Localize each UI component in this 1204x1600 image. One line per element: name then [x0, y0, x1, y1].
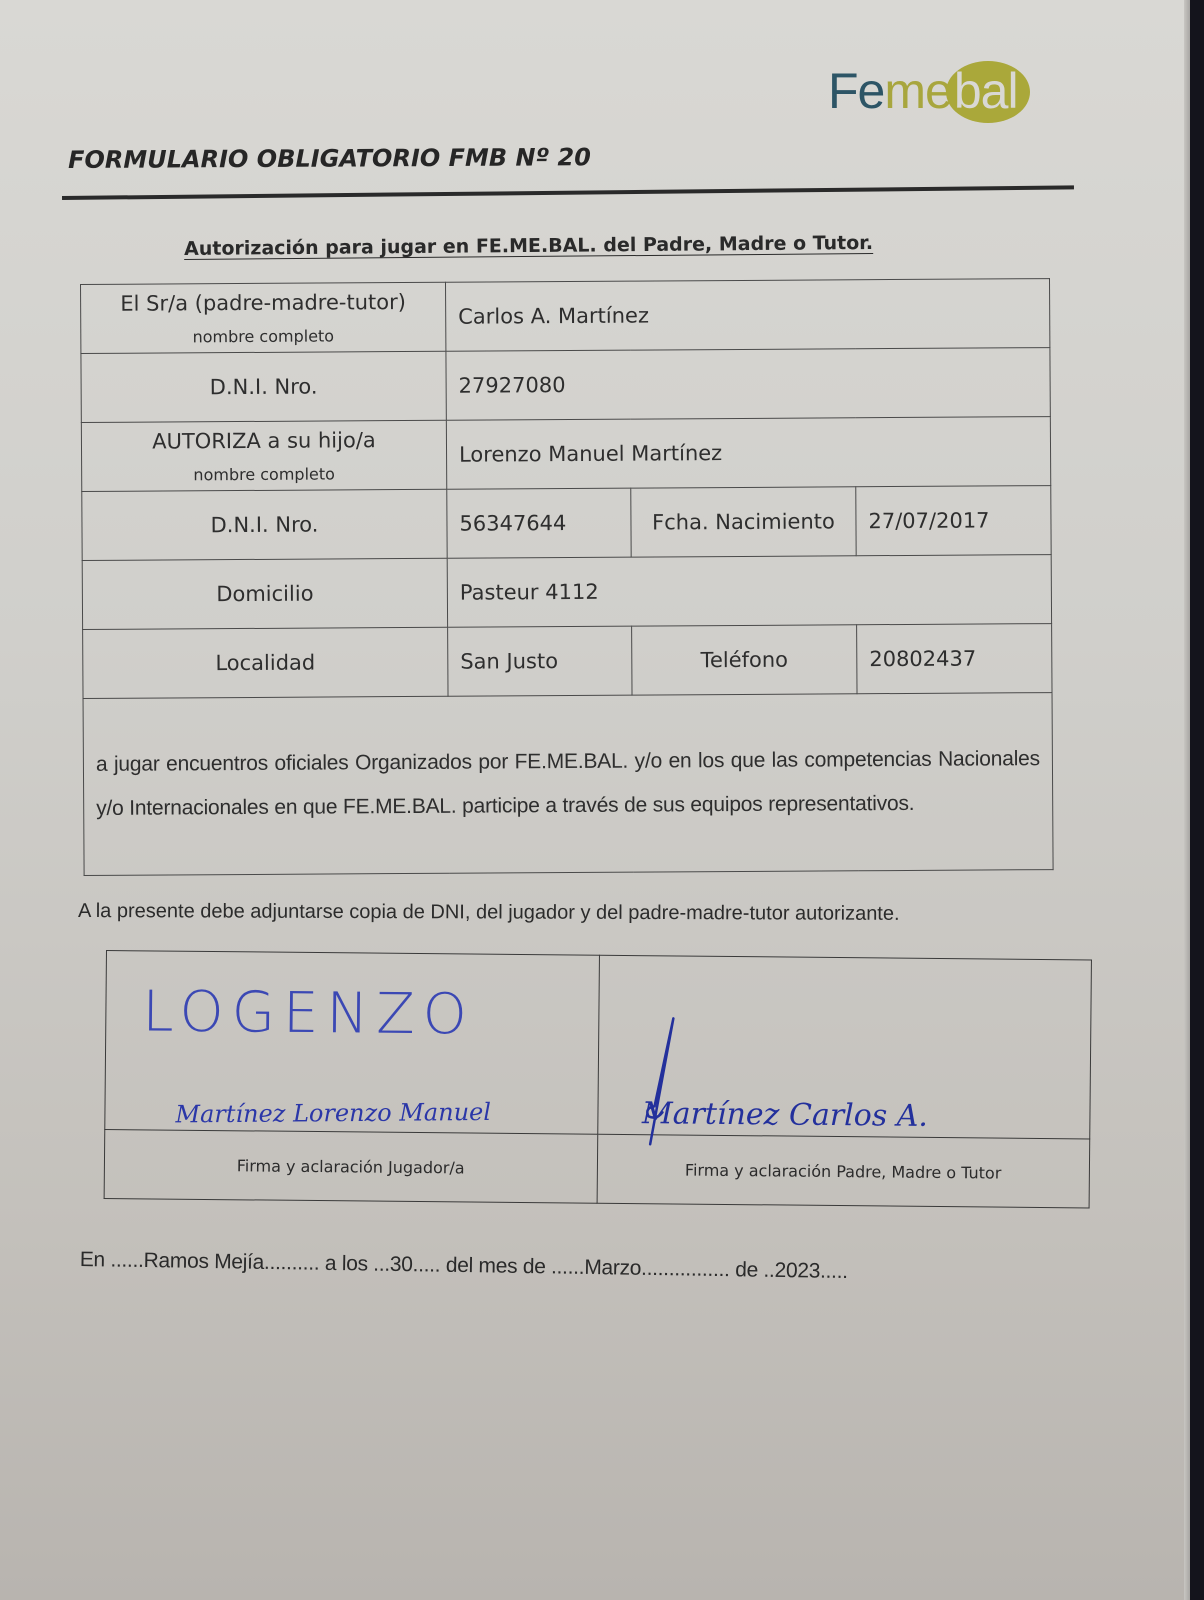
address-label: Domicilio	[82, 558, 447, 629]
table-row: LOGENZO Martínez Lorenzo Manuel Martínez…	[105, 951, 1092, 1139]
guardian-name-sublabel: nombre completo	[93, 325, 433, 346]
paper-sheet: Femebal FORMULARIO OBLIGATORIO FMB Nº 20…	[0, 0, 1190, 1600]
guardian-label-text: El Sr/a (padre-madre-tutor)	[120, 290, 406, 316]
guardian-dni-label: D.N.I. Nro.	[81, 351, 446, 422]
locality-field[interactable]: San Justo	[448, 626, 632, 696]
child-name-label: AUTORIZA a su hijo/a nombre completo	[81, 420, 446, 491]
logo-ball-badge: bal	[946, 61, 1030, 123]
birthdate-label: Fcha. Nacimiento	[631, 487, 856, 557]
phone-label: Teléfono	[632, 625, 857, 695]
place-date-line: En ......Ramos Mejía.......... a los ...…	[80, 1248, 848, 1284]
player-signature-box[interactable]: LOGENZO Martínez Lorenzo Manuel	[105, 951, 599, 1135]
table-row: D.N.I. Nro. 27927080	[81, 348, 1050, 423]
birthdate-field[interactable]: 27/07/2017	[856, 486, 1051, 556]
logo-text-bal: bal	[954, 63, 1018, 119]
parent-handwritten-signature: Martínez Carlos A.	[642, 1096, 928, 1134]
parent-signature-box[interactable]: Martínez Carlos A.	[597, 955, 1091, 1139]
form-subtitle: Autorización para jugar en FE.ME.BAL. de…	[184, 232, 873, 260]
child-label-text: AUTORIZA a su hijo/a	[152, 428, 376, 453]
address-field[interactable]: Pasteur 4112	[447, 555, 1051, 628]
player-handwritten-clarification: Martínez Lorenzo Manuel	[175, 1098, 491, 1128]
child-name-field[interactable]: Lorenzo Manuel Martínez	[446, 417, 1050, 490]
background-edge	[1190, 0, 1204, 1600]
table-row: D.N.I. Nro. 56347644 Fcha. Nacimiento 27…	[82, 486, 1051, 561]
player-signature-caption: Firma y aclaración Jugador/a	[104, 1129, 597, 1203]
authorization-table: El Sr/a (padre-madre-tutor) nombre compl…	[80, 278, 1054, 876]
guardian-name-label: El Sr/a (padre-madre-tutor) nombre compl…	[81, 282, 446, 353]
logo-text-fe: Fe	[828, 63, 884, 119]
table-row: Domicilio Pasteur 4112	[82, 555, 1051, 630]
authorization-clause: a jugar encuentros oficiales Organizados…	[83, 693, 1053, 876]
table-row: a jugar encuentros oficiales Organizados…	[83, 693, 1053, 876]
guardian-dni-field[interactable]: 27927080	[446, 348, 1050, 421]
child-dni-field[interactable]: 56347644	[447, 488, 631, 558]
table-row: El Sr/a (padre-madre-tutor) nombre compl…	[81, 279, 1050, 354]
logo-text-me: me	[884, 63, 951, 119]
child-name-sublabel: nombre completo	[94, 463, 434, 484]
table-row: AUTORIZA a su hijo/a nombre completo Lor…	[81, 417, 1050, 492]
form-title: FORMULARIO OBLIGATORIO FMB Nº 20	[68, 143, 591, 174]
child-dni-label: D.N.I. Nro.	[82, 489, 447, 560]
attachment-note: A la presente debe adjuntarse copia de D…	[78, 900, 900, 926]
signature-table: LOGENZO Martínez Lorenzo Manuel Martínez…	[104, 950, 1092, 1208]
locality-label: Localidad	[83, 627, 448, 698]
title-divider	[62, 185, 1074, 200]
player-handwritten-name: LOGENZO	[142, 979, 475, 1047]
phone-field[interactable]: 20802437	[857, 624, 1052, 694]
table-row: Localidad San Justo Teléfono 20802437	[83, 624, 1052, 699]
femebal-logo: Femebal	[828, 60, 1030, 122]
guardian-name-field[interactable]: Carlos A. Martínez	[445, 279, 1049, 352]
table-row: Firma y aclaración Jugador/a Firma y acl…	[104, 1129, 1090, 1207]
